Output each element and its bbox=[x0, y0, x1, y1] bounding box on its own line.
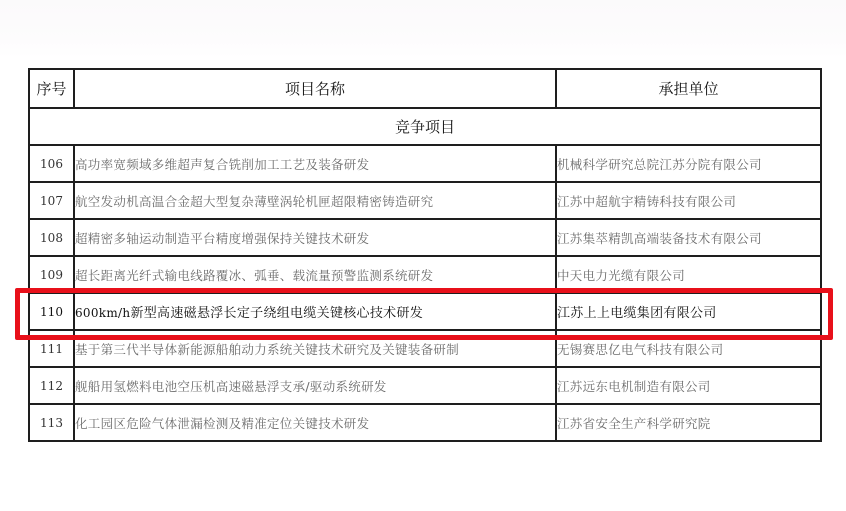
row-project-name: 化工园区危险气体泄漏检测及精准定位关键技术研发 bbox=[74, 404, 556, 441]
table-row: 109 超长距离光纤式输电线路覆冰、弧垂、载流量预警监测系统研发 中天电力光缆有… bbox=[29, 256, 821, 293]
table-row: 108 超精密多轴运动制造平台精度增强保持关键技术研发 江苏集萃精凯高端装备技术… bbox=[29, 219, 821, 256]
project-list-table: 序号 项目名称 承担单位 竞争项目 106 高功率宽频域多维超声复合铣削加工工艺… bbox=[28, 68, 822, 442]
row-unit: 江苏远东电机制造有限公司 bbox=[556, 367, 821, 404]
row-project-name-text: 新型高速磁悬浮长定子绕组电缆关键核心技术研发 bbox=[130, 306, 423, 321]
row-no: 112 bbox=[29, 367, 74, 404]
top-background-fade bbox=[0, 0, 846, 58]
header-no: 序号 bbox=[29, 69, 74, 108]
row-no: 106 bbox=[29, 145, 74, 182]
row-project-name: 基于第三代半导体新能源船舶动力系统关键技术研究及关键装备研制 bbox=[74, 330, 556, 367]
row-no: 113 bbox=[29, 404, 74, 441]
row-project-name: 超精密多轴运动制造平台精度增强保持关键技术研发 bbox=[74, 219, 556, 256]
row-unit: 中天电力光缆有限公司 bbox=[556, 256, 821, 293]
row-no: 111 bbox=[29, 330, 74, 367]
table-row: 107 航空发动机高温合金超大型复杂薄壁涡轮机匣超限精密铸造研究 江苏中超航宇精… bbox=[29, 182, 821, 219]
row-unit: 江苏上上电缆集团有限公司 bbox=[556, 293, 821, 330]
header-name: 项目名称 bbox=[74, 69, 556, 108]
row-unit: 江苏省安全生产科学研究院 bbox=[556, 404, 821, 441]
row-no: 110 bbox=[29, 293, 74, 330]
table-row: 113 化工园区危险气体泄漏检测及精准定位关键技术研发 江苏省安全生产科学研究院 bbox=[29, 404, 821, 441]
row-project-name: 航空发动机高温合金超大型复杂薄壁涡轮机匣超限精密铸造研究 bbox=[74, 182, 556, 219]
section-title: 竞争项目 bbox=[29, 108, 821, 145]
row-no: 109 bbox=[29, 256, 74, 293]
table-row-highlighted: 110 600km/h新型高速磁悬浮长定子绕组电缆关键核心技术研发 江苏上上电缆… bbox=[29, 293, 821, 330]
row-no: 108 bbox=[29, 219, 74, 256]
header-unit: 承担单位 bbox=[556, 69, 821, 108]
row-project-name: 超长距离光纤式输电线路覆冰、弧垂、载流量预警监测系统研发 bbox=[74, 256, 556, 293]
table-row: 112 舰船用氢燃料电池空压机高速磁悬浮支承/驱动系统研发 江苏远东电机制造有限… bbox=[29, 367, 821, 404]
row-project-name: 高功率宽频域多维超声复合铣削加工工艺及装备研发 bbox=[74, 145, 556, 182]
header-row: 序号 项目名称 承担单位 bbox=[29, 69, 821, 108]
table-row: 111 基于第三代半导体新能源船舶动力系统关键技术研究及关键装备研制 无锡赛思亿… bbox=[29, 330, 821, 367]
row-unit: 江苏中超航宇精铸科技有限公司 bbox=[556, 182, 821, 219]
row-project-name: 600km/h新型高速磁悬浮长定子绕组电缆关键核心技术研发 bbox=[74, 293, 556, 330]
row-no: 107 bbox=[29, 182, 74, 219]
row-unit: 江苏集萃精凯高端装备技术有限公司 bbox=[556, 219, 821, 256]
table-row: 106 高功率宽频域多维超声复合铣削加工工艺及装备研发 机械科学研究总院江苏分院… bbox=[29, 145, 821, 182]
row-project-name-prefix: 600km/h bbox=[75, 306, 130, 320]
row-project-name: 舰船用氢燃料电池空压机高速磁悬浮支承/驱动系统研发 bbox=[74, 367, 556, 404]
row-unit: 机械科学研究总院江苏分院有限公司 bbox=[556, 145, 821, 182]
section-row: 竞争项目 bbox=[29, 108, 821, 145]
row-unit: 无锡赛思亿电气科技有限公司 bbox=[556, 330, 821, 367]
